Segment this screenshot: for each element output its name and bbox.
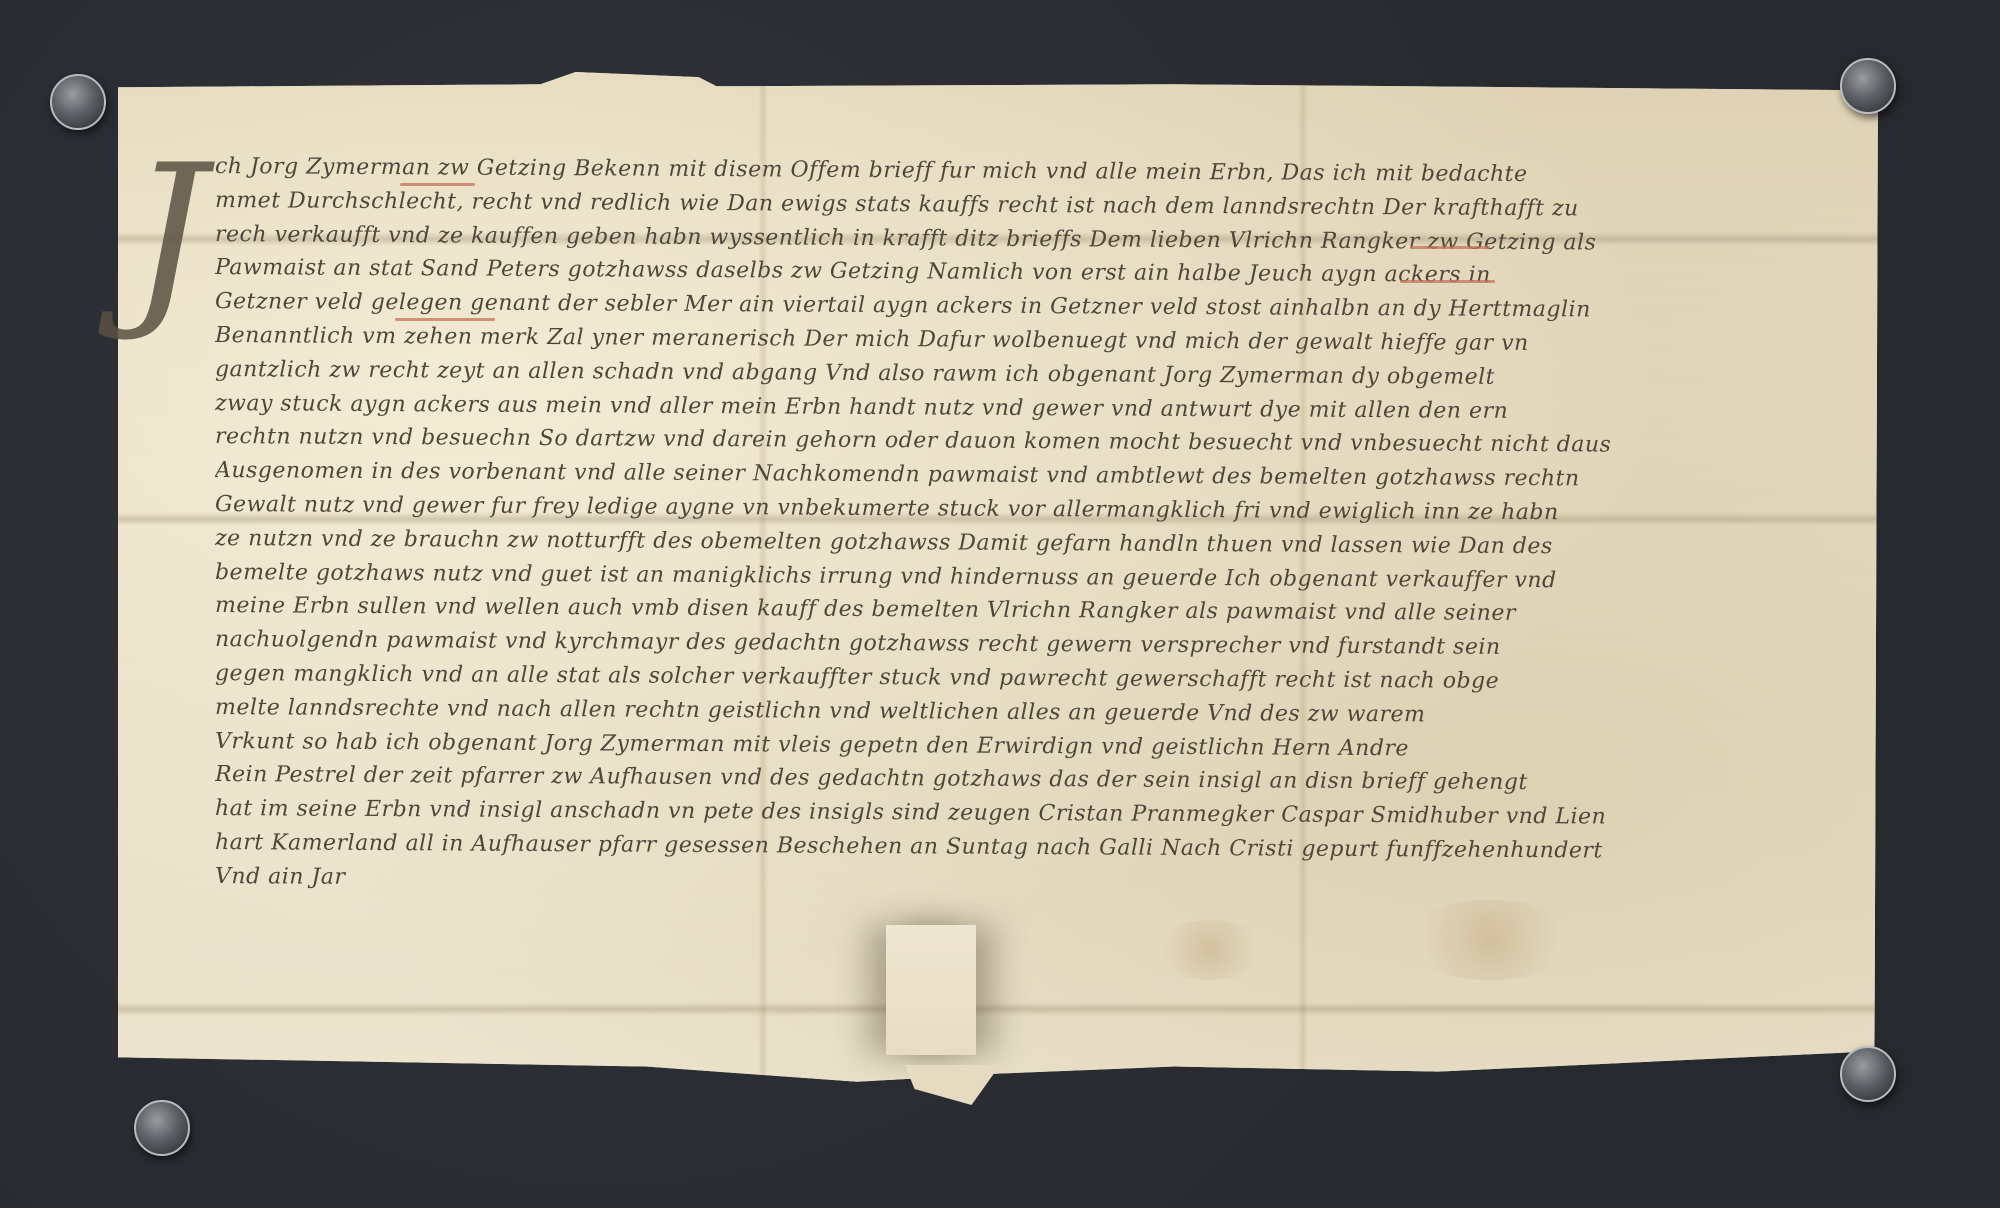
rubrication-mark (1400, 280, 1495, 283)
rubrication-mark (1410, 246, 1490, 249)
mounting-magnet-top-left (50, 74, 106, 130)
horizontal-fold (118, 1002, 1878, 1016)
stain (1150, 920, 1270, 980)
mounting-magnet-bottom-right (1840, 1046, 1896, 1102)
charter-text: ch Jorg Zymerman zw Getzing Bekenn mit d… (215, 150, 1875, 894)
decorated-initial: J (130, 140, 206, 330)
seal-tag-fold (905, 1065, 1000, 1105)
mounting-magnet-top-right (1840, 58, 1896, 114)
stain (1400, 900, 1580, 980)
rubrication-mark (400, 183, 475, 186)
rubrication-mark (395, 318, 495, 321)
mounting-magnet-bottom-left (134, 1100, 190, 1156)
seal-tag-strip (886, 925, 976, 1055)
